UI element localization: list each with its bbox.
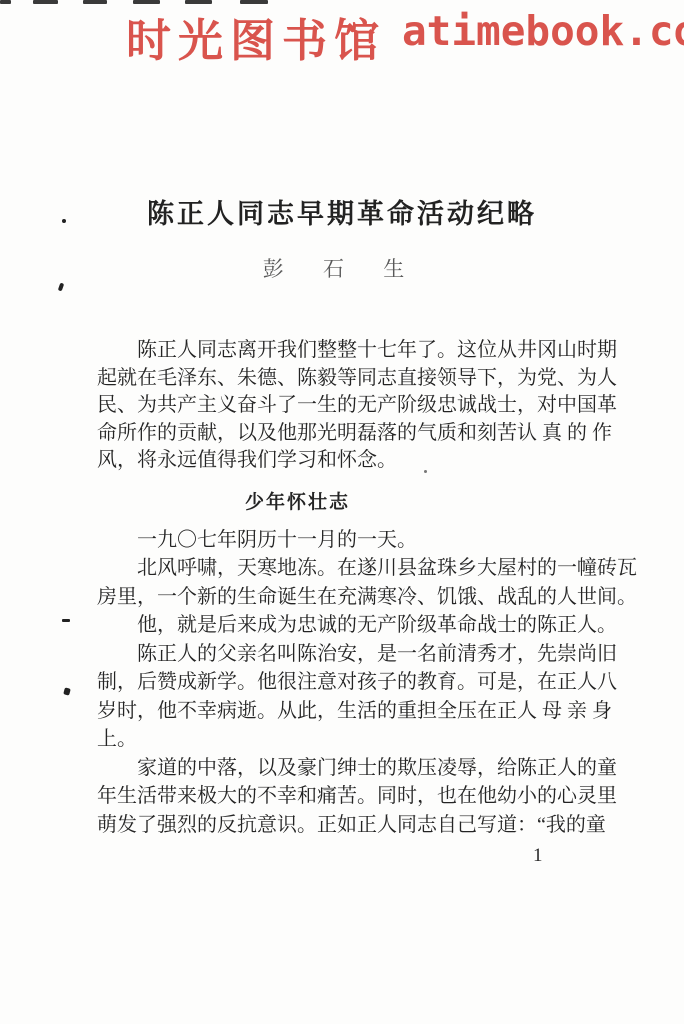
text-line: 命所作的贡献，以及他那光明磊落的气质和刻苦认 真 的 作 (97, 420, 624, 448)
edge-dash (83, 0, 107, 4)
section-paragraphs: 一九〇七年阴历十一月的一天。 北风呼啸，天寒地冻。在遂川县盆珠乡大屋村的一幢砖瓦… (97, 526, 624, 840)
text-line: 房里，一个新的生命诞生在充满寒冷、饥饿、战乱的人世间。 (97, 583, 624, 612)
watermark-latin: atimebook.co (402, 7, 684, 55)
edge-dash (0, 0, 11, 4)
text-line: 陈正人同志离开我们整整十七年了。这位从井冈山时期 (97, 337, 624, 365)
edge-dash (33, 0, 58, 4)
scan-speck (63, 687, 71, 695)
text-line: 一九〇七年阴历十一月的一天。 (97, 526, 624, 555)
text-line: 萌发了强烈的反抗意识。正如正人同志自己写道：“我的童 (97, 811, 624, 840)
section-heading: 少年怀壮志 (97, 491, 624, 515)
scan-speck (62, 619, 70, 622)
text-line: 岁时，他不幸病逝。从此，生活的重担全压在正人 母 亲 身 (97, 697, 624, 726)
text-line: 上。 (97, 725, 624, 754)
scanned-book-page: 时光图书馆 atimebook.co 陈正人同志早期革命活动纪略 彭 石 生 陈… (0, 0, 684, 1024)
scan-speck (62, 219, 66, 223)
text-line: 起就在毛泽东、朱德、陈毅等同志直接领导下，为党、为人 (97, 365, 624, 393)
text-line: 北风呼啸，天寒地冻。在遂川县盆珠乡大屋村的一幢砖瓦 (97, 554, 624, 583)
text-line: 他，就是后来成为忠诚的无产阶级革命战士的陈正人。 (97, 611, 624, 640)
text-line: 民、为共产主义奋斗了一生的无产阶级忠诚战士，对中国革 (97, 392, 624, 420)
text-line: 年生活带来极大的不幸和痛苦。同时，也在他幼小的心灵里 (97, 782, 624, 811)
watermark-chinese: 时光图书馆 (126, 4, 386, 69)
scan-speck (58, 283, 64, 292)
author-name: 彭 石 生 (0, 253, 684, 283)
text-line: 制，后赞成新学。他很注意对孩子的教育。可是，在正人八 (97, 668, 624, 697)
article-title: 陈正人同志早期革命活动纪略 (0, 192, 684, 231)
text-line: 风，将永远值得我们学习和怀念。 (97, 447, 624, 475)
text-line: 陈正人的父亲名叫陈治安，是一名前清秀才，先崇尚旧 (97, 640, 624, 669)
article-body: 陈正人同志离开我们整整十七年了。这位从井冈山时期 起就在毛泽东、朱德、陈毅等同志… (97, 337, 624, 839)
page-number: 1 (533, 845, 543, 867)
scan-speck (424, 470, 427, 473)
intro-paragraph: 陈正人同志离开我们整整十七年了。这位从井冈山时期 起就在毛泽东、朱德、陈毅等同志… (97, 337, 624, 475)
text-line: 家道的中落，以及豪门绅士的欺压凌辱，给陈正人的童 (97, 754, 624, 783)
